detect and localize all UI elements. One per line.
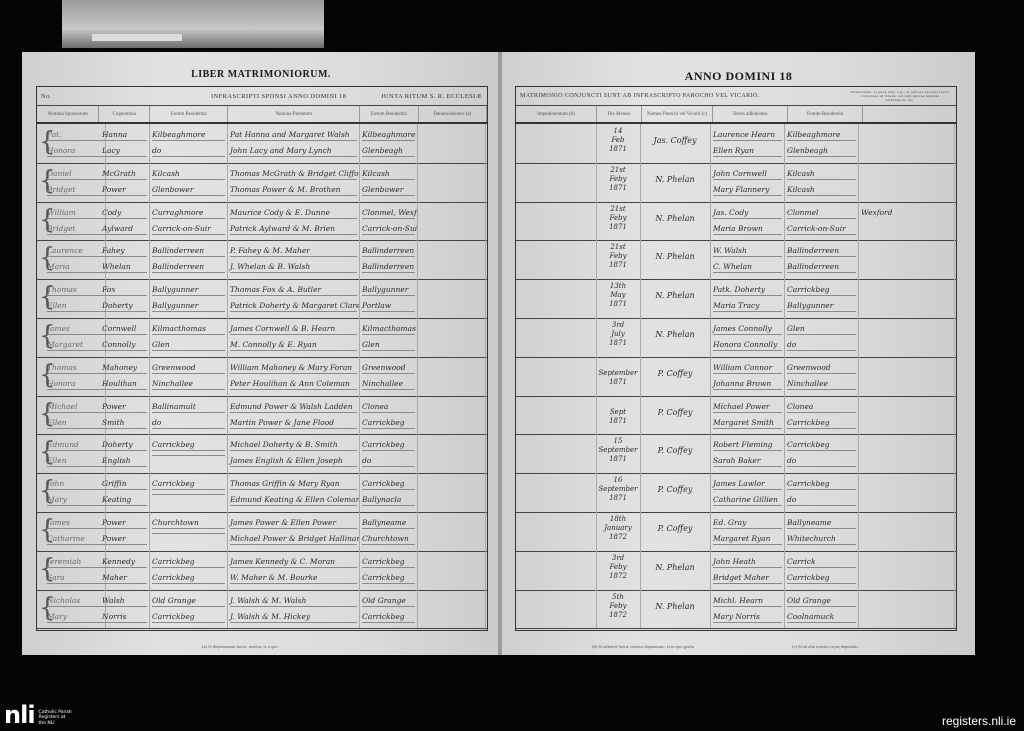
date-cell: Sept1871 [596, 396, 641, 435]
column-header: Die Mensis [597, 106, 642, 122]
priest-name: N. Phelan [640, 175, 710, 184]
witnesses-cell: James LawlorCatharine Gillien [710, 473, 785, 512]
spouse-surnames-cell: WalshNorris [99, 590, 150, 629]
denunciationes-cell [417, 512, 486, 551]
denunciationes-cell [417, 202, 486, 241]
denunciationes-cell [417, 396, 486, 435]
parents-names-cell: James Power & Ellen PowerMichael Power &… [227, 512, 360, 551]
nli-logo[interactable]: nli Catholic Parish Registers at the NLI [4, 703, 72, 727]
parents-names-cell: Edmund Power & Walsh LaddenMartin Power … [227, 396, 360, 435]
witness-residence: Ballinderreen [787, 261, 856, 273]
witness-residence: Kilbeaghmore [787, 129, 856, 141]
spouse-surnames: Cody [102, 207, 147, 219]
spouse-residence [152, 494, 225, 495]
parents-residence: Carrick-on-Suir [362, 223, 415, 235]
witness-residence: Coolnamuck [787, 611, 856, 623]
parents-names: James Power & Ellen Power [230, 517, 357, 529]
witness-residence-cell: Carrickbegdo [784, 473, 859, 512]
witness-name: Laurence Hearn [713, 129, 782, 141]
witness-residence: Kilcash [787, 184, 856, 196]
parents-residence: Ballyneame [362, 517, 415, 529]
parents-names: P. Fahey & M. Maher [230, 245, 357, 257]
witnesses-cell: William ConnorJohanna Brown [710, 357, 785, 396]
observanda-cell [858, 240, 955, 279]
spouse-residence: Ballygunner [152, 284, 225, 296]
date-cell: 5thFeby1872 [596, 590, 641, 629]
witnesses-cell: Michl. HearnMary Norris [710, 590, 785, 629]
parents-names-cell: James Kennedy & C. MoranW. Maher & M. Bo… [227, 551, 360, 590]
spouse-names-cell: {ThomasEllen [37, 279, 106, 318]
impedimentum-cell [516, 551, 597, 590]
denunciationes-cell [417, 434, 486, 473]
marriage-ledger-right: MATRIMONIO CONJUNCTI SUNT AB INFRASCRIPT… [515, 86, 957, 631]
spouse-names: Bridget [47, 184, 103, 196]
marriage-date: 21stFeby1871 [596, 166, 640, 193]
parents-names: Michael Power & Bridget Hallinan [230, 533, 357, 545]
witnesses-cell: John CornwellMary Flannery [710, 163, 785, 202]
spouse-surnames: Norris [102, 611, 147, 623]
witness-residence: Ballygunner [787, 300, 856, 312]
spouse-names-cell: {NicholasMary [37, 590, 106, 629]
witness-name: Margaret Ryan [713, 533, 782, 545]
witness-name: James Lawlor [713, 478, 782, 490]
date-cell: 3rdFeby1872 [596, 551, 641, 590]
parents-residence-cell: BallygunnerPortlaw [359, 279, 418, 318]
spouse-names: Jeremiah [47, 556, 103, 568]
spouse-surnames-cell: DohertyEnglish [99, 434, 150, 473]
witness-residence-cell: CarrickbegBallygunner [784, 279, 859, 318]
priest-name: N. Phelan [640, 330, 710, 339]
parents-residence: Carrickbeg [362, 478, 415, 490]
witness-name: Bridget Maher [713, 572, 782, 584]
parents-names: Michael Doherty & B. Smith [230, 439, 357, 451]
parents-residence: Carrickbeg [362, 611, 415, 623]
spouse-residence-cell: Kilbeaghmoredo [149, 124, 228, 163]
parents-residence: Kilbeaghmore [362, 129, 415, 141]
spouse-residence-cell: GreenwoodNinchallee [149, 357, 228, 396]
spouse-names-cell: {DanielBridget [37, 163, 106, 202]
witness-name: Patk. Doherty [713, 284, 782, 296]
spouse-residence-cell: BallygunnerBallygunner [149, 279, 228, 318]
spouse-surnames-cell: KennedyMaher [99, 551, 150, 590]
marriage-date: 3rdFeby1872 [596, 554, 640, 581]
witness-residence-cell: BallyneameWhitechurch [784, 512, 859, 551]
left-footnote: (a) Si dispensatum fuerit, notetur, et a… [202, 644, 279, 649]
parents-residence: Kilmacthomas [362, 323, 415, 335]
denunciationes-cell [417, 279, 486, 318]
priest-name: P. Coffey [640, 524, 710, 533]
spouse-names: Edmund [47, 439, 103, 451]
observanda-cell [858, 357, 955, 396]
parents-residence-cell: CarrickbegBallynacla [359, 473, 418, 512]
priest-cell: N. Phelan [640, 318, 711, 357]
spouse-names-cell: {LaurenceMaria [37, 240, 106, 279]
impedimentum-cell [516, 202, 597, 241]
witness-residence: do [787, 339, 856, 351]
impedimentum-cell [516, 279, 597, 318]
spouse-surnames: McGrath [102, 168, 147, 180]
priest-cell: P. Coffey [640, 357, 711, 396]
witnesses-cell: Jas. CodyMaria Brown [710, 202, 785, 241]
marriage-date: September1871 [596, 360, 640, 387]
parents-names: William Mahoney & Mary Foran [230, 362, 357, 374]
spouse-residence: Ballinderreen [152, 261, 225, 273]
column-header: Impedimentum (b) [516, 106, 597, 122]
spouse-names: Laurence [47, 245, 103, 257]
witnesses-cell: Ed. GrayMargaret Ryan [710, 512, 785, 551]
date-cell: September1871 [596, 357, 641, 396]
marriage-date: 13thMay1871 [596, 282, 640, 309]
spouse-names: Daniel [47, 168, 103, 180]
priest-cell: N. Phelan [640, 551, 711, 590]
spouse-residence: Old Grange [152, 595, 225, 607]
marriage-entry-row: {JeremiahSaraKennedyMaherCarrickbegCarri… [37, 551, 487, 591]
spouse-names: James [47, 517, 103, 529]
date-cell: 15September1871 [596, 434, 641, 473]
impedimentum-cell [516, 163, 597, 202]
impedimentum-cell [516, 396, 597, 435]
impedimentum-cell [516, 590, 597, 629]
spouse-names-cell: {JamesCatharine [37, 512, 106, 551]
marriage-ledger-left: No. INFRASCRIPTI SPONSI ANNO DOMINI 18 J… [36, 86, 488, 631]
spouse-surnames: Smith [102, 417, 147, 429]
marriage-date: 14Feb1871 [596, 127, 640, 154]
spouse-surnames-cell: HannaLacy [99, 124, 150, 163]
spouse-surnames: Lacy [102, 145, 147, 157]
parents-names: Patrick Aylward & M. Brien [230, 223, 357, 235]
marriage-entry-row: 18thJanuary1872P. CoffeyEd. GrayMargaret… [516, 512, 956, 552]
spouse-names-cell: {Pat.Honora [37, 124, 106, 163]
observanda-cell [858, 434, 955, 473]
spouse-surnames: Mahoney [102, 362, 147, 374]
parents-names: J. Walsh & M. Hickey [230, 611, 357, 623]
witness-name: Ellen Ryan [713, 145, 782, 157]
left-page: LIBER MATRIMONIORUM. No. INFRASCRIPTI SP… [22, 52, 500, 655]
marriage-entry-row: Sept1871P. CoffeyMichael PowerMargaret S… [516, 396, 956, 436]
spouse-residence: Churchtown [152, 517, 225, 529]
spouse-residence-cell: Carrickbeg [149, 473, 228, 512]
priest-name: N. Phelan [640, 291, 710, 300]
date-cell: 16September1871 [596, 473, 641, 512]
impedimentum-cell [516, 124, 597, 163]
spouse-surnames-cell: FaheyWhelan [99, 240, 150, 279]
spouse-surnames: Power [102, 184, 147, 196]
parents-residence: Carrickbeg [362, 439, 415, 451]
parents-residence-cell: KilcashGlenbower [359, 163, 418, 202]
parents-names-cell: J. Walsh & M. WalshJ. Walsh & M. Hickey [227, 590, 360, 629]
spouse-surnames: Fox [102, 284, 147, 296]
site-link[interactable]: registers.nli.ie [942, 714, 1016, 728]
spouse-names-cell: {WilliamBridget [37, 202, 106, 241]
spouse-surnames-cell: PowerPower [99, 512, 150, 551]
spouse-names: Ellen [47, 300, 103, 312]
parents-names-cell: Thomas McGrath & Bridget CliffordThomas … [227, 163, 360, 202]
witness-residence: Carrickbeg [787, 478, 856, 490]
priest-name: P. Coffey [640, 446, 710, 455]
marriage-entry-row: {ThomasEllenFoxDohertyBallygunnerBallygu… [37, 279, 487, 319]
spouse-names-cell: {JohnMary [37, 473, 106, 512]
spouse-names-cell: {ThomasHonora [37, 357, 106, 396]
date-cell: 21stFeby1871 [596, 240, 641, 279]
spouse-residence-cell: Churchtown [149, 512, 228, 551]
witness-name: C. Whelan [713, 261, 782, 273]
parents-names-cell: Pat Hanna and Margaret WalshJohn Lacy an… [227, 124, 360, 163]
spouse-names: Mary [47, 494, 103, 506]
parents-residence: Glen [362, 339, 415, 351]
background-paper-scrap [62, 0, 324, 48]
parents-residence: Clonea [362, 401, 415, 413]
spouse-surnames-cell: PowerSmith [99, 396, 150, 435]
impedimentum-cell [516, 357, 597, 396]
marriage-entry-row: 13thMay1871N. PhelanPatk. DohertyMaria T… [516, 279, 956, 319]
witness-name: W. Walsh [713, 245, 782, 257]
spouse-surnames: Connolly [102, 339, 147, 351]
spouse-surnames-cell: CornwellConnolly [99, 318, 150, 357]
witness-residence-cell: GreenwoodNinchallee [784, 357, 859, 396]
marriage-entry-row: 21stFeby1871N. PhelanJas. CodyMaria Brow… [516, 202, 956, 242]
marriage-date: 21stFeby1871 [596, 243, 640, 270]
column-header: Denunciationes (a) [419, 106, 487, 122]
impedimentum-cell [516, 473, 597, 512]
impedimentum-cell [516, 240, 597, 279]
witness-residence-cell: Glendo [784, 318, 859, 357]
spouse-names: Mary [47, 611, 103, 623]
spouse-surnames: Doherty [102, 300, 147, 312]
witnesses-cell: Laurence HearnEllen Ryan [710, 124, 785, 163]
spouse-surnames: Aylward [102, 223, 147, 235]
parents-names-cell: Thomas Griffin & Mary RyanEdmund Keating… [227, 473, 360, 512]
parents-residence: Portlaw [362, 300, 415, 312]
witness-name: William Connor [713, 362, 782, 374]
witness-name: John Cornwell [713, 168, 782, 180]
spouse-residence: Glenbower [152, 184, 225, 196]
witness-residence: Ballyneame [787, 517, 856, 529]
spouse-names: Honora [47, 378, 103, 390]
spouse-surnames: Griffin [102, 478, 147, 490]
spouse-surnames-cell: CodyAylward [99, 202, 150, 241]
parents-names-cell: Michael Doherty & B. SmithJames English … [227, 434, 360, 473]
spouse-surnames: English [102, 455, 147, 467]
left-column-headers: Nomina SponsorumCognominaEorum Residenti… [37, 106, 487, 124]
spouse-residence: Ballinamult [152, 401, 225, 413]
marriage-entry-row: {JamesMargaretCornwellConnollyKilmacthom… [37, 318, 487, 358]
spouse-names: Sara [47, 572, 103, 584]
header-sponsi: INFRASCRIPTI SPONSI ANNO DOMINI 18 [211, 93, 381, 100]
observanda-cell [858, 512, 955, 551]
witness-name: Sarah Baker [713, 455, 782, 467]
parents-names: Martin Power & Jane Flood [230, 417, 357, 429]
marriage-entry-row: {Pat.HonoraHannaLacyKilbeaghmoredoPat Ha… [37, 124, 487, 164]
parents-residence: Old Grange [362, 595, 415, 607]
priest-cell: N. Phelan [640, 240, 711, 279]
parents-names-cell: P. Fahey & M. MaherJ. Whelan & B. Walsh [227, 240, 360, 279]
spouse-names: William [47, 207, 103, 219]
spouse-surnames: Maher [102, 572, 147, 584]
parents-names-cell: James Cornwell & B. HearnM. Connolly & E… [227, 318, 360, 357]
witness-residence: Clonea [787, 401, 856, 413]
marriage-date: 21stFeby1871 [596, 205, 640, 232]
priest-cell: N. Phelan [640, 202, 711, 241]
spouse-residence: Ballinderreen [152, 245, 225, 257]
right-footnote-b: (b) Si adfuerit fuerit, notetur dispensa… [592, 644, 695, 649]
marriage-entry-row: 5thFeby1872N. PhelanMichl. HearnMary Nor… [516, 590, 956, 630]
marriage-entry-row: {WilliamBridgetCodyAylwardCurraghmoreCar… [37, 202, 487, 242]
parents-names: W. Maher & M. Bourke [230, 572, 357, 584]
observanda-cell [858, 124, 955, 163]
witness-residence: Old Grange [787, 595, 856, 607]
marriage-entry-row: {NicholasMaryWalshNorrisOld GrangeCarric… [37, 590, 487, 630]
spouse-names: Thomas [47, 362, 103, 374]
priest-name: N. Phelan [640, 214, 710, 223]
witness-name: Michl. Hearn [713, 595, 782, 607]
parents-names: Thomas Fox & A. Butler [230, 284, 357, 296]
marriage-entry-row: {MichaelEllenPowerSmithBallinamultdoEdmu… [37, 396, 487, 436]
witness-residence-cell: KilcashKilcash [784, 163, 859, 202]
column-header: Eorum Residentia [150, 106, 228, 122]
witness-name: Robert Fleming [713, 439, 782, 451]
spouse-surnames: Hanna [102, 129, 147, 141]
witness-residence: Ninchallee [787, 378, 856, 390]
spouse-names: John [47, 478, 103, 490]
marriage-entry-row: 21stFeby1871N. PhelanJohn CornwellMary F… [516, 163, 956, 203]
witness-residence: Carrickbeg [787, 572, 856, 584]
spouse-surnames: Walsh [102, 595, 147, 607]
witnesses-cell: James ConnollyHonora Connolly [710, 318, 785, 357]
marriage-date: 16September1871 [596, 476, 640, 503]
spouse-surnames: Fahey [102, 245, 147, 257]
parents-residence: Glenbeagh [362, 145, 415, 157]
spouse-names: Ellen [47, 417, 103, 429]
right-entries: 14Feb1871Jas. CoffeyLaurence HearnEllen … [516, 124, 956, 630]
right-page: ANNO DOMINI 18 MATRIMONIO CONJUNCTI SUNT… [502, 52, 975, 655]
witness-residence: Clonmel [787, 207, 856, 219]
impedimentum-cell [516, 512, 597, 551]
priest-name: P. Coffey [640, 485, 710, 494]
spouse-residence-cell: BallinderreenBallinderreen [149, 240, 228, 279]
witness-residence-cell: Carrickbegdo [784, 434, 859, 473]
spouse-residence: Carrickbeg [152, 439, 225, 451]
impedimentum-cell [516, 318, 597, 357]
parents-residence-cell: Clonmel, WexfordCarrick-on-Suir [359, 202, 418, 241]
marriage-entry-row: {ThomasHonoraMahoneyHoulihanGreenwoodNin… [37, 357, 487, 397]
spouse-names: James [47, 323, 103, 335]
witness-residence: Ballinderreen [787, 245, 856, 257]
marriage-date: 18thJanuary1872 [596, 515, 640, 542]
parents-residence-cell: BallyneameChurchtown [359, 512, 418, 551]
spouse-surnames: Power [102, 401, 147, 413]
observanda-cell [858, 551, 955, 590]
denunciationes-cell [417, 357, 486, 396]
observanda-cell [858, 590, 955, 629]
parents-residence-cell: KilmacthomasGlen [359, 318, 418, 357]
parents-residence: Ballinderreen [362, 261, 415, 273]
parents-residence: Ninchallee [362, 378, 415, 390]
spouse-names-cell: {MichaelEllen [37, 396, 106, 435]
spouse-names: Pat. [47, 129, 103, 141]
marriage-entry-row: 3rdJuly1871N. PhelanJames ConnollyHonora… [516, 318, 956, 358]
spouse-names: Maria [47, 261, 103, 273]
marriage-entry-row: {JohnMaryGriffinKeatingCarrickbegThomas … [37, 473, 487, 513]
priest-cell: Jas. Coffey [640, 124, 711, 163]
header-conjuncti: MATRIMONIO CONJUNCTI SUNT AB INFRASCRIPT… [520, 93, 850, 99]
witness-name: James Connolly [713, 323, 782, 335]
spouse-names: Ellen [47, 455, 103, 467]
priest-name: P. Coffey [640, 408, 710, 417]
parents-names: Edmund Keating & Ellen Coleman [230, 494, 357, 506]
spouse-names: Margaret [47, 339, 103, 351]
date-cell: 3rdJuly1871 [596, 318, 641, 357]
witness-residence: do [787, 455, 856, 467]
parents-names: Thomas Power & M. Brothen [230, 184, 357, 196]
priest-name: P. Coffey [640, 369, 710, 378]
parents-residence-cell: KilbeaghmoreGlenbeagh [359, 124, 418, 163]
priest-cell: N. Phelan [640, 279, 711, 318]
denunciationes-cell [417, 318, 486, 357]
column-header: Eorum Residentia [360, 106, 418, 122]
spouse-surnames: Doherty [102, 439, 147, 451]
parents-residence: Ballygunner [362, 284, 415, 296]
spouse-residence: Glen [152, 339, 225, 351]
witness-residence-cell: Old GrangeCoolnamuck [784, 590, 859, 629]
right-column-headers: Impedimentum (b)Die MensisNomen Parochi … [516, 106, 956, 124]
spouse-residence-cell: KilcashGlenbower [149, 163, 228, 202]
column-header: Nomen Parochi vel Vicarii (c) [642, 106, 713, 122]
witnesses-cell: Patk. DohertyMaria Tracy [710, 279, 785, 318]
left-header-row: No. INFRASCRIPTI SPONSI ANNO DOMINI 18 J… [37, 87, 487, 106]
spouse-residence: Greenwood [152, 362, 225, 374]
witness-name: Maria Brown [713, 223, 782, 235]
priest-cell: P. Coffey [640, 434, 711, 473]
marriage-entry-row: {LaurenceMariaFaheyWhelanBallinderreenBa… [37, 240, 487, 280]
parents-residence: Carrickbeg [362, 572, 415, 584]
column-header: Eorum Residentia [788, 106, 863, 122]
witness-name: Honora Connolly [713, 339, 782, 351]
witness-residence: Carrick [787, 556, 856, 568]
witness-residence: Glenbeagh [787, 145, 856, 157]
spouse-surnames: Power [102, 533, 147, 545]
spouse-residence: Ballygunner [152, 300, 225, 312]
priest-cell: P. Coffey [640, 473, 711, 512]
witness-name: Michael Power [713, 401, 782, 413]
spouse-surnames-cell: McGrathPower [99, 163, 150, 202]
spouse-residence: Carrickbeg [152, 611, 225, 623]
priest-cell: N. Phelan [640, 163, 711, 202]
parents-names: J. Walsh & M. Walsh [230, 595, 357, 607]
witness-name: Mary Flannery [713, 184, 782, 196]
parents-names: Thomas McGrath & Bridget Clifford [230, 168, 357, 180]
spouse-surnames-cell: GriffinKeating [99, 473, 150, 512]
observation-note: Wexford [861, 207, 952, 218]
spouse-surnames: Kennedy [102, 556, 147, 568]
marriage-entry-row: September1871P. CoffeyWilliam ConnorJoha… [516, 357, 956, 397]
witness-residence: Greenwood [787, 362, 856, 374]
witnesses-cell: W. WalshC. Whelan [710, 240, 785, 279]
spouse-residence: Kilcash [152, 168, 225, 180]
denunciationes-cell [417, 473, 486, 512]
parents-residence-cell: CarrickbegCarrickbeg [359, 551, 418, 590]
denunciationes-cell [417, 551, 486, 590]
priest-name: N. Phelan [640, 563, 710, 572]
witness-name: Maria Tracy [713, 300, 782, 312]
denunciationes-cell [417, 240, 486, 279]
marriage-entry-row: 3rdFeby1872N. PhelanJohn HeathBridget Ma… [516, 551, 956, 591]
witness-name: Johanna Brown [713, 378, 782, 390]
spouse-residence-cell: Carrickbeg [149, 434, 228, 473]
parents-names: Peter Houlihan & Ann Coleman [230, 378, 357, 390]
parents-names: Pat Hanna and Margaret Walsh [230, 129, 357, 141]
parents-residence: Carrickbeg [362, 556, 415, 568]
marriage-entry-row: 16September1871P. CoffeyJames LawlorCath… [516, 473, 956, 513]
